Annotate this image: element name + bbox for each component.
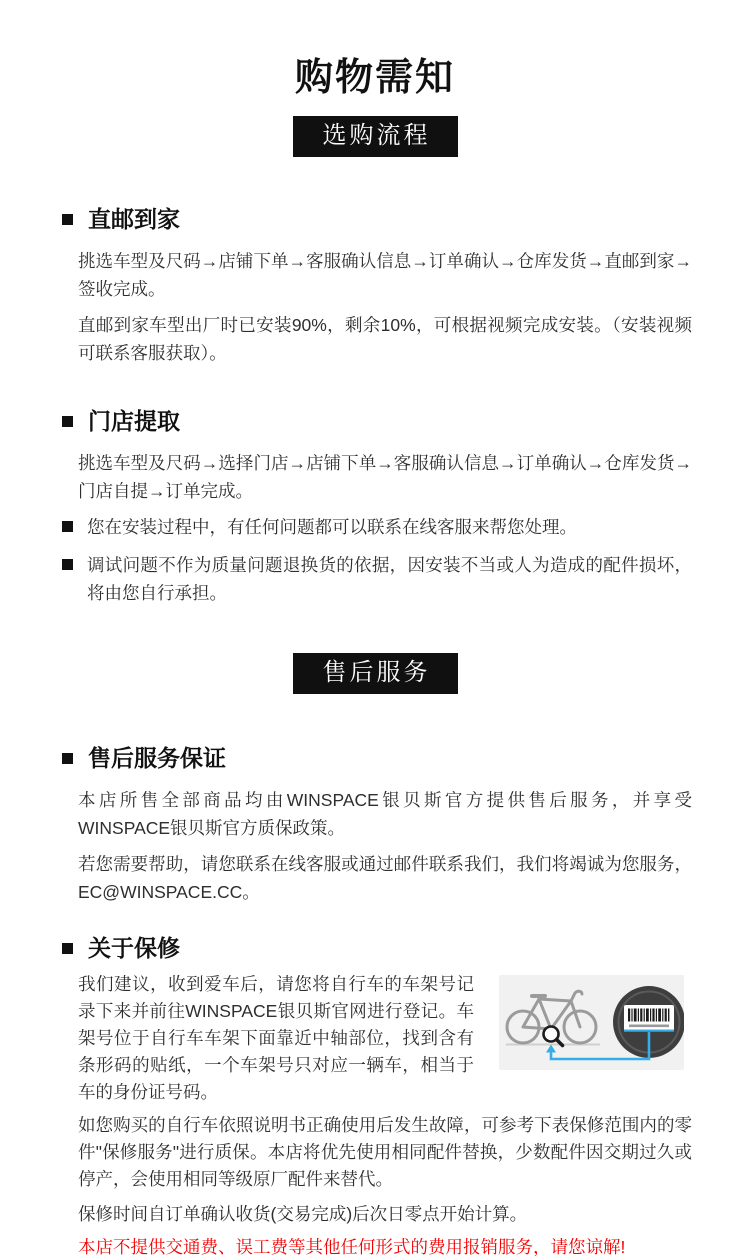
store-pickup-flow-text: 挑选车型及尺码→选择门店→店铺下单→客服确认信息→订单确认→仓库发货→门店自提→… bbox=[78, 449, 692, 505]
direct-mail-flow-text: 挑选车型及尺码→店铺下单→客服确认信息→订单确认→仓库发货→直邮到家→签收完成。 bbox=[78, 247, 692, 303]
note-text: 调试问题不作为质量问题退换货的依据，因安装不当或人为造成的配件损坏，将由您自行承… bbox=[87, 551, 692, 607]
purchase-flow-badge-wrap: 选购流程 bbox=[0, 116, 750, 157]
section-heading-label: 门店提取 bbox=[88, 407, 180, 435]
fee-disclaimer-text: 本店不提供交通费、误工费等其他任何形式的费用报销服务，请您谅解! bbox=[78, 1234, 692, 1256]
warranty-service-text: 如您购买的自行车依照说明书正确使用后发生故障，可参考下表保修范围内的零件"保修服… bbox=[78, 1112, 692, 1193]
note-text: 您在安装过程中，有任何问题都可以联系在线客服来帮您处理。 bbox=[87, 513, 577, 541]
warranty-illustration bbox=[499, 975, 684, 1070]
shopping-notice-page: 购物需知 选购流程 直邮到家 挑选车型及尺码→店铺下单→客服确认信息→订单确认→… bbox=[0, 0, 750, 1256]
square-bullet-icon bbox=[62, 753, 73, 764]
section-heading-store-pickup: 门店提取 bbox=[62, 407, 692, 435]
warranty-frame-number-text: 我们建议，收到爱车后，请您将自行车的车架号记录下来并前往WINSPACE银贝斯官… bbox=[78, 971, 474, 1106]
square-bullet-icon bbox=[62, 559, 73, 570]
square-bullet-icon bbox=[62, 416, 73, 427]
section-heading-label: 关于保修 bbox=[88, 934, 180, 962]
guarantee-contact-text: 若您需要帮助，请您联系在线客服或通过邮件联系我们，我们将竭诚为您服务，EC@WI… bbox=[78, 850, 692, 906]
section-heading-direct-mail: 直邮到家 bbox=[62, 205, 692, 233]
note-item-debug-liability: 调试问题不作为质量问题退换货的依据，因安装不当或人为造成的配件损坏，将由您自行承… bbox=[62, 551, 692, 607]
square-bullet-icon bbox=[62, 521, 73, 532]
page-title: 购物需知 bbox=[0, 0, 750, 100]
note-item-install-help: 您在安装过程中，有任何问题都可以联系在线客服来帮您处理。 bbox=[62, 513, 692, 541]
warranty-row: 我们建议，收到爱车后，请您将自行车的车架号记录下来并前往WINSPACE银贝斯官… bbox=[78, 971, 692, 1106]
section-heading-label: 直邮到家 bbox=[88, 205, 180, 233]
square-bullet-icon bbox=[62, 943, 73, 954]
purchase-flow-badge: 选购流程 bbox=[293, 116, 458, 157]
section-heading-label: 售后服务保证 bbox=[88, 744, 226, 772]
warranty-start-time-text: 保修时间自订单确认收货(交易完成)后次日零点开始计算。 bbox=[78, 1201, 692, 1228]
section-heading-guarantee: 售后服务保证 bbox=[62, 744, 692, 772]
guarantee-official-text: 本店所售全部商品均由WINSPACE银贝斯官方提供售后服务，并享受WINSPAC… bbox=[78, 786, 692, 842]
section-heading-warranty: 关于保修 bbox=[62, 934, 692, 962]
bike-barcode-illustration bbox=[499, 975, 684, 1070]
square-bullet-icon bbox=[62, 214, 73, 225]
direct-mail-install-text: 直邮到家车型出厂时已安装90%，剩余10%，可根据视频完成安装。（安装视频可联系… bbox=[78, 311, 692, 367]
after-sales-badge: 售后服务 bbox=[293, 653, 458, 694]
after-sales-badge-wrap: 售后服务 bbox=[0, 653, 750, 694]
